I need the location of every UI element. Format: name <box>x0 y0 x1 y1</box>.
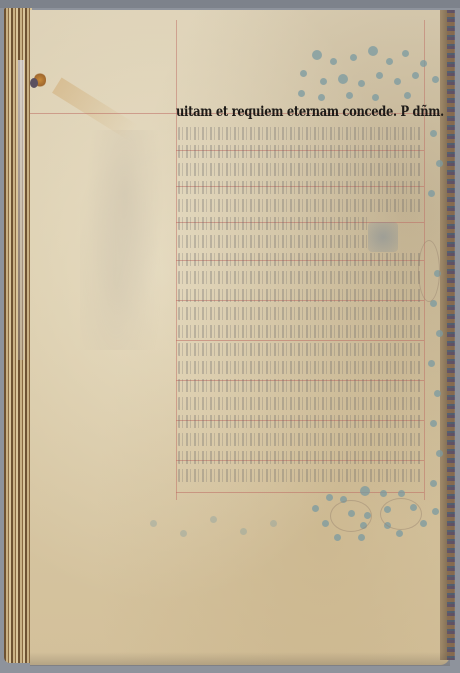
showthrough-line <box>178 253 422 266</box>
faint-showthrough-flourish <box>80 130 170 350</box>
showthrough-line <box>178 307 422 320</box>
showthrough-line <box>178 361 422 374</box>
background-top <box>0 0 460 8</box>
showthrough-line <box>178 433 422 446</box>
showthrough-line <box>178 415 422 428</box>
showthrough-line <box>178 451 422 464</box>
dark-stain <box>30 78 38 88</box>
manuscript-first-line: uitam et requiem eternam concede. P dñm. <box>176 102 426 120</box>
showthrough-line <box>178 181 422 194</box>
showthrough-line <box>178 163 422 176</box>
showthrough-line <box>178 379 422 392</box>
leaf-bottom-shadow <box>30 652 450 666</box>
showthrough-line <box>178 127 422 140</box>
showthrough-line <box>178 325 422 338</box>
showthrough-line <box>178 469 422 482</box>
fore-edge-highlight <box>18 60 24 360</box>
showthrough-line <box>178 235 368 248</box>
showthrough-line <box>178 217 368 230</box>
showthrough-line <box>178 397 422 410</box>
showthrough-line <box>178 145 422 158</box>
showthrough-line <box>178 271 422 284</box>
showthrough-line <box>178 343 422 356</box>
gutter-binding <box>447 10 455 660</box>
showthrough-line <box>178 199 422 212</box>
showthrough-initial <box>368 222 398 252</box>
ruling-line <box>176 340 424 341</box>
showthrough-line <box>178 289 422 302</box>
